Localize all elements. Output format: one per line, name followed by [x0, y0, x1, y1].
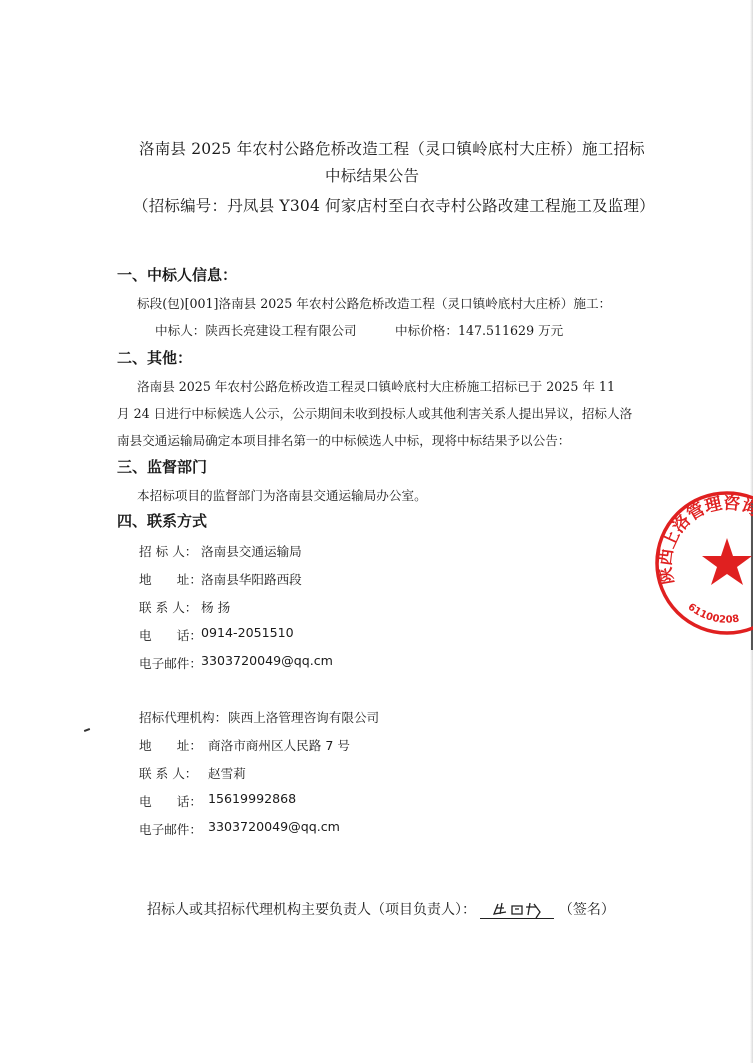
svg-text:61100208: 61100208	[685, 602, 740, 626]
agency-address-value: 商洛市商州区人民路 7 号	[208, 735, 350, 754]
section-3-heading: 三、监督部门	[117, 456, 207, 477]
agency-contact-value: 赵雪莉	[208, 763, 246, 782]
agency-email-label: 电子邮件：	[139, 819, 202, 838]
scan-speck	[84, 728, 90, 732]
winner-name: 中标人：陕西长亮建设工程有限公司	[155, 320, 357, 339]
agency-email-value: 3303720049@qq.cm	[208, 819, 340, 834]
section-2-heading: 二、其他：	[117, 347, 192, 368]
section-2-line-2: 月 24 日进行中标候选人公示，公示期间未收到投标人或其他利害关系人提出异议，招…	[117, 403, 632, 422]
tenderer-phone-value: 0914-2051510	[201, 625, 294, 640]
tenderer-contact-value: 杨 扬	[201, 597, 230, 616]
tenderer-phone-label: 电 话：	[139, 625, 202, 644]
tenderer-name-value: 洛南县交通运输局	[201, 541, 302, 560]
tenderer-contact-label: 联 系 人：	[139, 597, 197, 616]
tenderer-email-value: 3303720049@qq.cm	[201, 653, 333, 668]
winning-price: 中标价格：147.511629 万元	[395, 320, 563, 339]
title-line-3: （招标编号：丹凤县 Y304 何家店村至白衣寺村公路改建工程施工及监理）	[133, 194, 655, 216]
official-seal-stamp: 陕西上洛管理咨询有限公司 61100208	[652, 488, 753, 638]
signature-row: 招标人或其招标代理机构主要负责人（项目负责人）： （签名）	[147, 899, 615, 919]
agency-phone-value: 15619992868	[208, 791, 296, 806]
title-line-2: 中标结果公告	[325, 164, 419, 186]
section-1-heading: 一、中标人信息：	[117, 264, 237, 285]
signature-suffix: （签名）	[559, 902, 615, 918]
tenderer-address-label: 地 址：	[139, 569, 202, 588]
lot-description: 标段(包)[001]洛南县 2025 年农村公路危桥改造工程（灵口镇岭底村大庄桥…	[137, 293, 611, 312]
handwritten-signature	[480, 902, 554, 919]
signature-prompt: 招标人或其招标代理机构主要负责人（项目负责人）：	[147, 902, 476, 918]
tenderer-email-label: 电子邮件：	[139, 653, 202, 672]
section-2-line-3: 南县交通运输局确定本项目排名第一的中标候选人中标，现将中标结果予以公告：	[117, 430, 570, 449]
agency-address-label: 地 址：	[139, 735, 202, 754]
title-line-1: 洛南县 2025 年农村公路危桥改造工程（灵口镇岭底村大庄桥）施工招标	[139, 137, 645, 159]
section-4-heading: 四、联系方式	[117, 510, 207, 531]
agency-name-value: 陕西上洛管理咨询有限公司	[228, 707, 379, 726]
agency-phone-label: 电 话：	[139, 791, 202, 810]
star-icon	[702, 538, 752, 585]
agency-contact-label: 联 系 人：	[139, 763, 197, 782]
tenderer-name-label: 招 标 人：	[139, 541, 197, 560]
supervision-text: 本招标项目的监督部门为洛南县交通运输局办公室。	[137, 485, 427, 504]
agency-name-label: 招标代理机构：	[139, 707, 227, 726]
section-2-line-1: 洛南县 2025 年农村公路危桥改造工程灵口镇岭底村大庄桥施工招标已于 2025…	[137, 376, 615, 395]
tenderer-address-value: 洛南县华阳路西段	[201, 569, 302, 588]
